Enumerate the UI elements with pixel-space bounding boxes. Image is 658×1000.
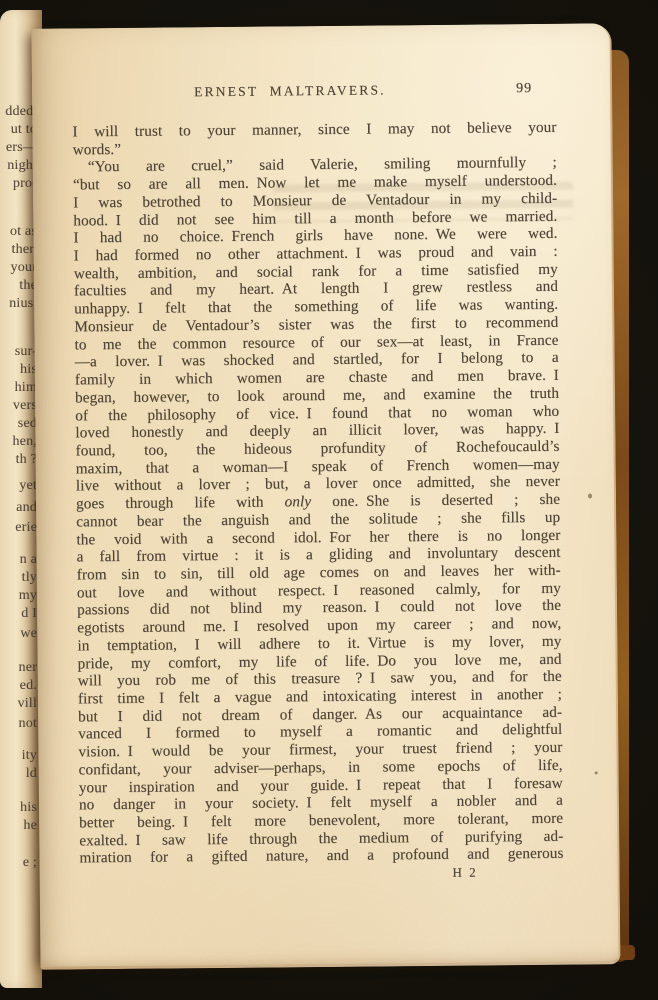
facing-page-line-fragment: vers bbox=[13, 398, 37, 414]
facing-page-line-fragment: him bbox=[15, 380, 37, 396]
photo: dded,ut toers—nightpro-ot asther.yourthe… bbox=[0, 0, 658, 1000]
text-block: I will trust to your manner, since I may… bbox=[72, 119, 563, 885]
facing-page-line-fragment: yet bbox=[19, 478, 37, 494]
facing-page-line-fragment: not bbox=[19, 716, 38, 732]
signature-mark: H 2 bbox=[80, 864, 564, 885]
facing-page-line-fragment: ner bbox=[19, 660, 37, 676]
facing-page-line-fragment: vill bbox=[18, 696, 37, 712]
facing-page-line-fragment: sed bbox=[18, 416, 37, 432]
page-speck bbox=[588, 493, 592, 498]
facing-page-line-fragment: d I bbox=[21, 606, 37, 622]
facing-page-line-fragment: my bbox=[19, 588, 37, 604]
facing-page-line-fragment: we bbox=[20, 626, 37, 642]
line-text: miration for a gifted nature, and a prof… bbox=[79, 845, 563, 867]
line-text: words.” bbox=[73, 141, 122, 158]
facing-page-line-fragment: ity bbox=[22, 748, 37, 764]
facing-page-line-fragment: e ; bbox=[23, 855, 37, 871]
facing-page-line-fragment: his bbox=[20, 800, 37, 816]
facing-page-line-fragment: and bbox=[16, 500, 37, 516]
facing-page-line-fragment: ld bbox=[26, 766, 37, 782]
book-page: ERNEST MALTRAVERS. 99 I will trust to yo… bbox=[31, 23, 620, 970]
running-head: ERNEST MALTRAVERS. 99 bbox=[72, 81, 556, 106]
facing-page-line-fragment: n a bbox=[20, 552, 37, 568]
facing-page-line-fragment: ed. bbox=[20, 678, 37, 694]
running-title: ERNEST MALTRAVERS. bbox=[194, 82, 386, 100]
line-text: I will trust to your manner, since I may… bbox=[72, 119, 556, 141]
facing-page-line-fragment: tly bbox=[22, 570, 37, 586]
page-speck bbox=[595, 771, 598, 774]
facing-page-line-fragment: nius, bbox=[9, 296, 37, 312]
line-text: goes through life with bbox=[76, 493, 285, 512]
facing-page-line-fragment: hen, bbox=[12, 434, 37, 450]
facing-page-line-fragment: he bbox=[23, 818, 37, 834]
facing-page-line-fragment: th ? bbox=[16, 452, 37, 468]
facing-page-line-fragment: erie bbox=[15, 520, 37, 536]
page-number: 99 bbox=[516, 81, 532, 97]
line-text: one. She is deserted ; she bbox=[311, 491, 560, 510]
italic-word: only bbox=[285, 493, 312, 510]
